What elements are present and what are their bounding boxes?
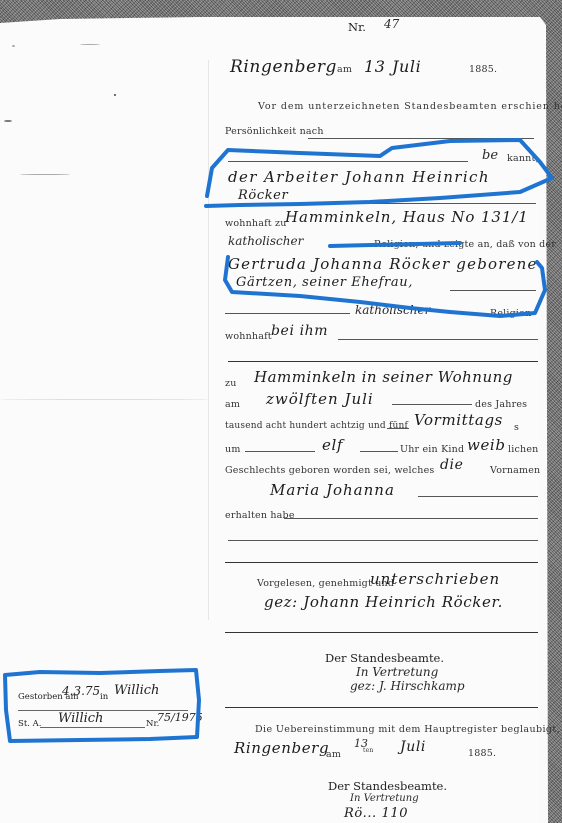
- st-value: Willich: [58, 711, 103, 726]
- form-rule: [225, 313, 350, 314]
- form-rule: [245, 451, 315, 452]
- scan-speck: [80, 44, 100, 45]
- hour-label: um: [225, 444, 241, 455]
- cert-am: am: [326, 749, 341, 760]
- header-day: 13: [364, 57, 386, 76]
- header-am: am: [337, 64, 352, 75]
- registrar-signature: gez: J. Hirschkamp: [350, 679, 465, 693]
- cert-signature: Rö... 110: [344, 806, 408, 821]
- cert-place: Ringenberg: [234, 739, 329, 757]
- died-place: Willich: [114, 683, 159, 698]
- intro-line: Vor dem unterzeichneten Standesbeamten e…: [258, 101, 562, 112]
- date-value: zwölften Juli: [266, 390, 374, 408]
- form-rule: [40, 727, 145, 728]
- personality-label: Persönlichkeit nach: [225, 126, 324, 137]
- born-label: Geschlechts geboren worden sei, welches: [225, 465, 434, 476]
- pronoun-value: die: [440, 457, 464, 473]
- registrar-deputy: In Vertretung: [356, 665, 438, 679]
- birthplace-label: zu: [225, 378, 237, 389]
- header-year: 1885.: [469, 64, 497, 75]
- sex-suffix: lichen: [508, 444, 538, 455]
- form-rule: [284, 518, 538, 519]
- known-label: kannt,: [507, 153, 539, 164]
- form-rule: [228, 540, 538, 541]
- cert-deputy: In Vertretung: [350, 793, 419, 804]
- mother-religion-label: Religion: [490, 308, 531, 319]
- header-month: Juli: [392, 57, 421, 76]
- section-divider: [225, 707, 538, 708]
- residence-label: wohnhaft zu: [225, 218, 287, 229]
- signature-value: gez: Johann Heinrich Röcker.: [264, 593, 503, 611]
- scan-speck: [114, 94, 116, 96]
- religion-value: katholischer: [228, 234, 303, 248]
- cert-day-suffix: ten: [363, 747, 373, 754]
- cert-month: Juli: [400, 739, 426, 755]
- form-rule: [418, 496, 538, 497]
- mother-line2: Gärtzen, seiner Ehefrau,: [236, 275, 413, 290]
- header-place: Ringenberg: [230, 57, 337, 77]
- mother-residence-value: bei ihm: [271, 323, 328, 339]
- scan-speck: [4, 120, 12, 122]
- year-text: tausend acht hundert achtzig und fünf: [225, 421, 408, 431]
- form-rule: [286, 203, 536, 204]
- informant-line2: Röcker: [238, 188, 288, 203]
- form-rule: [228, 161, 468, 162]
- mother-line1: Gertruda Johanna Röcker geborene: [228, 255, 538, 273]
- registrar-label: Der Standesbeamte.: [325, 651, 444, 665]
- signed-value: unterschrieben: [370, 570, 500, 588]
- form-rule: [308, 138, 534, 139]
- died-in-label: in: [100, 692, 108, 702]
- form-rule: [387, 428, 409, 429]
- form-rule: [228, 361, 538, 362]
- scan-speck: [20, 174, 70, 175]
- section-divider: [225, 562, 538, 563]
- record-number-label: Nr.: [348, 20, 366, 34]
- mother-religion-value: katholischer: [355, 303, 430, 317]
- birthplace-value: Hamminkeln in seiner Wohnung: [254, 368, 513, 386]
- time-suffix: s: [514, 422, 519, 433]
- form-rule: [392, 404, 472, 405]
- st-label: St. A.: [18, 719, 41, 729]
- child-label: Uhr ein Kind: [400, 444, 464, 455]
- religion-label: Religion, und zeigte an, daß von der: [374, 239, 556, 250]
- form-margin-line: [208, 60, 209, 620]
- residence-value: Hamminkeln, Haus No 131/1: [285, 208, 529, 226]
- record-number: 47: [384, 17, 399, 31]
- form-rule: [360, 451, 398, 452]
- year-label: des Jahres: [475, 399, 527, 410]
- form-rule: [450, 290, 536, 291]
- given-names-value: Maria Johanna: [270, 481, 395, 499]
- nr-value: 75/1975: [157, 711, 203, 724]
- cert-year: 1885.: [468, 748, 496, 759]
- form-rule: [338, 339, 538, 340]
- fold-line: [0, 399, 210, 400]
- known-suffix: be: [482, 148, 498, 163]
- cert-registrar-label: Der Standesbeamte.: [328, 779, 447, 793]
- mother-residence-label: wohnhaft: [225, 331, 272, 342]
- section-divider: [225, 632, 538, 633]
- died-date: 4.3.75: [62, 684, 100, 698]
- date-label: am: [225, 399, 240, 410]
- certification-line: Die Uebereinstimmung mit dem Hauptregist…: [255, 724, 560, 735]
- time-of-day: Vormittags: [414, 411, 503, 429]
- scan-speck: [12, 45, 15, 47]
- received-label: erhalten habe: [225, 510, 295, 521]
- sex-value: weib: [467, 436, 506, 454]
- hour-value: elf: [322, 436, 343, 454]
- given-names-label: Vornamen: [490, 465, 540, 476]
- informant-line1: der Arbeiter Johann Heinrich: [228, 168, 490, 186]
